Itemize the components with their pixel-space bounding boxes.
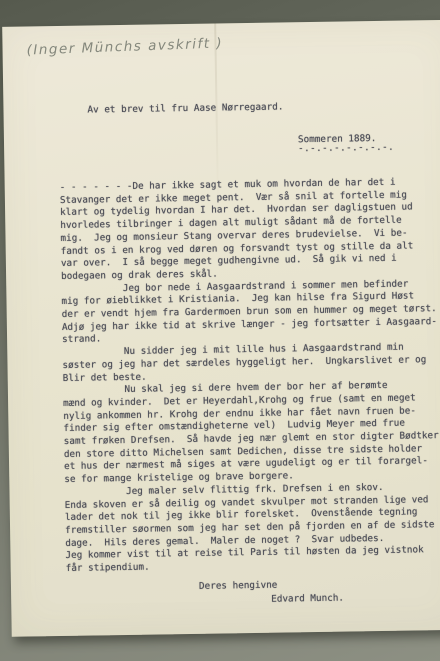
letter-heading: Av et brev til fru Aase Nørregaard. <box>87 101 283 117</box>
signature-line: Edvard Munch. <box>271 593 344 607</box>
handwritten-note: (Inger Münchs avskrift ) <box>26 35 223 58</box>
closing-line: Deres hengivne <box>199 580 278 594</box>
letter-paper: (Inger Münchs avskrift ) Av et brev til … <box>2 20 440 637</box>
date-underline: -.-.-.-.-.-.-.-. <box>298 142 394 156</box>
letter-body: - - - - - - -De har ikke sagt et muk om … <box>60 176 440 576</box>
scan-background: (Inger Münchs avskrift ) Av et brev til … <box>0 0 440 661</box>
